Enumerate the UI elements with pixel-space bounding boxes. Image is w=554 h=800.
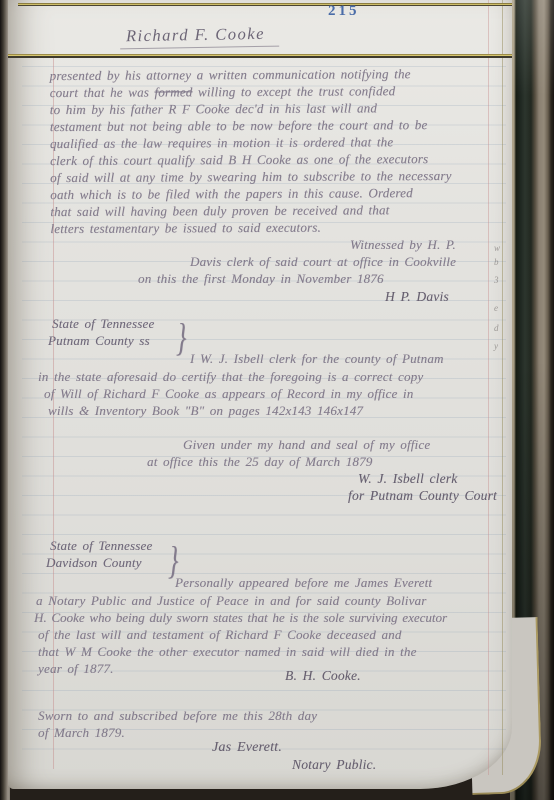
handwriting-line: testament but not being able to be now b…: [50, 116, 452, 135]
certificate-line: I W. J. Isbell clerk for the county of P…: [190, 351, 444, 367]
affidavit-line: Personally appeared before me James Ever…: [175, 575, 432, 591]
scanned-ledger-photo: 215 Richard F. Cooke presented by his at…: [0, 0, 554, 800]
handwriting-line: clerk of this court qualify said B H Coo…: [50, 150, 452, 169]
affidavit-state-heading: State of Tennessee: [50, 538, 152, 554]
isbell-signature: W. J. Isbell clerk: [358, 471, 457, 487]
certificate-county-heading: Putnam County ss: [48, 333, 150, 349]
jurat-line: Sworn to and subscribed before me this 2…: [38, 708, 317, 724]
handwriting-line: letters testamentary be issued to said e…: [50, 218, 452, 237]
affidavit-line: of the last will and testament of Richar…: [38, 627, 402, 643]
handwriting-line: court that he was formed willing to exce…: [50, 82, 452, 101]
handwriting-line: presented by his attorney a written comm…: [50, 65, 452, 84]
everett-signature: Jas Everett.: [212, 740, 282, 756]
affidavit-line: that W M Cooke the other executor named …: [38, 644, 417, 660]
margin-mark: 3: [494, 275, 499, 285]
attestation-line: Witnessed by H. P.: [350, 237, 456, 253]
certificate-brace: }: [176, 316, 187, 361]
margin-mark: w: [494, 243, 500, 253]
handwriting-text: court that he was: [50, 85, 155, 101]
certificate-given-line: Given under my hand and seal of my offic…: [183, 437, 430, 453]
handwriting-line: that said will having been duly proven b…: [50, 201, 452, 220]
right-margin-rule-olive: [502, 0, 503, 775]
affidavit-line: H. Cooke who being duly sworn states tha…: [34, 610, 447, 626]
certificate-line: wills & Inventory Book "B" on pages 142x…: [48, 403, 363, 419]
handwriting-line: to him by his father R F Cooke dec'd in …: [50, 99, 452, 118]
page-number: 215: [328, 3, 360, 20]
court-order-paragraph: presented by his attorney a written comm…: [50, 65, 452, 237]
affidavit-county-heading: Davidson County: [46, 555, 142, 571]
certificate-state-heading: State of Tennessee: [52, 316, 154, 332]
cooke-signature: B. H. Cooke.: [285, 668, 361, 684]
certificate-line: of Will of Richard F Cooke as appears of…: [44, 386, 413, 402]
ledger-page: 215 Richard F. Cooke presented by his at…: [8, 0, 512, 789]
isbell-signature-title: for Putnam County Court: [348, 488, 497, 504]
margin-mark: b: [494, 257, 499, 267]
top-horizontal-rule: [18, 3, 512, 6]
notary-title: Notary Public.: [292, 757, 376, 773]
margin-mark: d: [494, 323, 499, 333]
affidavit-line: year of 1877.: [38, 661, 114, 677]
handwriting-line: oath which is to be filed with the paper…: [50, 184, 452, 203]
jurat-line: of March 1879.: [38, 725, 125, 741]
handwriting-line: of said will at any time by swearing him…: [50, 167, 452, 186]
certificate-given-line: at office this the 25 day of March 1879: [147, 454, 373, 470]
clerk-signature: H P. Davis: [385, 289, 449, 305]
attestation-line: Davis clerk of said court at office in C…: [190, 254, 456, 270]
page-title: Richard F. Cooke: [120, 24, 279, 50]
margin-mark: y: [494, 341, 498, 351]
struck-word: formed: [154, 84, 192, 99]
handwriting-line: qualified as the law requires in motion …: [50, 133, 452, 152]
attestation-line: on this the first Monday in November 187…: [138, 271, 384, 287]
margin-mark: e: [494, 303, 498, 313]
handwriting-text: willing to except the trust confided: [192, 83, 395, 99]
header-horizontal-rule: [8, 54, 512, 58]
certificate-line: in the state aforesaid do certify that t…: [38, 369, 423, 385]
right-margin-rule-red: [488, 0, 489, 775]
affidavit-line: a Notary Public and Justice of Peace in …: [36, 593, 427, 609]
